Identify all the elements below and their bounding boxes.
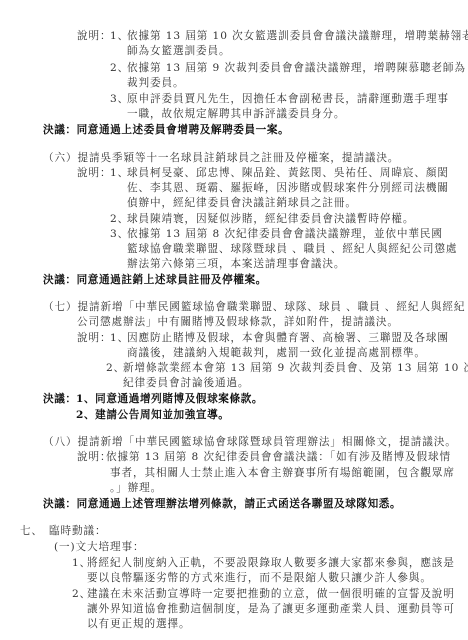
note-line: 球員柯旻豪、邱忠博、陳品銓、黃鉉閔、吳祐任、周暐宸、顏閎 (127, 166, 449, 180)
note-line: 新增條款業經本會第 13 屆第 9 次裁判委員會、及第 13 屆第 10 次 (123, 361, 468, 375)
note-line: 佐、李其恩、斑霸、羅振峰，因涉賭或假球案件分別經司法機關 (127, 181, 449, 195)
heading-num: 七、 (20, 524, 43, 538)
section-6-title: （六）提請吳季穎等十一名球員註銷球員之註冊及停權案，提請議決。 (43, 151, 399, 165)
notes-label: 說明： (77, 331, 111, 345)
note-line: 籃球協會職業聯盟、球隊暨球員 、職員 、經紀人與經紀公司懲處 (127, 242, 457, 256)
resolution: 1、同意通過增列賭博及假球案條款。 (76, 392, 263, 406)
note-line: 裁判委員。 (127, 76, 184, 90)
notes-label: 說明： (77, 166, 111, 180)
note-line: 要以良幣驅逐劣幣的方式來進行，而不是限縮人數只讓少許人參與。 (87, 571, 432, 585)
heading: 臨時動議： (49, 524, 106, 538)
note-line: 一職，故依規定解聘其申訴評議委員身分。 (127, 107, 345, 121)
note-line: 依據第 13 屆第 9 次裁判委員會會議決議辦理，增聘陳慕聰老師為 (127, 61, 466, 75)
note-line: 以有更正規的選擇。 (87, 617, 190, 631)
resolution: 決議：同意通過上述委員會增聘及解聘委員一案。 (43, 123, 289, 137)
note-line: 商議後，建議納入規範裁判，處罰一致化並提高處罰標準。 (127, 346, 426, 360)
note-line: 因應防止賭博及假球，本會與體育署、高檢署、三聯盟及各球團 (127, 331, 449, 345)
sub-heading: (一)文大培理事： (54, 540, 145, 554)
document-page: 說明： 1、 依據第 13 屆第 10 次女籃選訓委員會會議決議辦理，增聘葉赫翎… (0, 0, 468, 640)
resolution: 2、建請公告周知並加強宣導。 (76, 408, 230, 422)
note-line: 讓外界知道協會推動這個制度，是為了讓更多運動產業人員、運動員等可 (87, 602, 455, 616)
notes-label: 說明： (77, 29, 111, 43)
resolution: 決議：同意通過上述管理辦法增列條款，請正式函送各聯盟及球隊知悉。 (43, 497, 401, 511)
note-line: 辦法第六條第三項，本案送請理事會議決。 (127, 257, 345, 271)
note-line: 紀律委員會討論後通過。 (123, 376, 249, 390)
section-7-title: （七）提請新增「中華民國籃球協會職業聯盟、球隊、球員 、職員 、經紀人與經紀 (43, 300, 465, 314)
note-line: 師為女籃選訓委員。 (127, 44, 230, 58)
note-line: 偵辦中，經紀律委員會決議註銷球員之註冊。 (127, 196, 357, 210)
note-line: 依據第 13 屆第 10 次女籃選訓委員會會議決議辦理，增聘葉赫翎老 (127, 29, 468, 43)
note-line: 球員陳靖寰，因疑似涉賭，經紀律委員會決議暫時停權。 (127, 212, 414, 226)
note-line: 原申評委員賈凡先生，因擔任本會副秘書長，請辭運動選手理事 (127, 92, 449, 106)
note-line: 事者，其相關人士禁止進入本會主辦賽事所有場館範圍，包含觀眾席 (110, 466, 455, 480)
section-7-title: 公司懲處辦法」中有關賭博及假球條款，詳如附件，提請議決。 (77, 315, 399, 329)
section-8-title: （八）提請新增「中華民國籃球協會球隊暨球員管理辦法」相關條文，提請議決。 (43, 435, 457, 449)
note-line: 依據第 13 屆第 8 次紀律委員會會議決議：「如有涉及賭博及假球情 (106, 450, 451, 464)
note-line: 。」辦理。 (110, 481, 162, 495)
resolution: 決議：同意通過註銷上述球員註冊及停權案。 (43, 273, 267, 287)
note-line: 建議在未來活動宣導時一定要把推動的立意，做一個很明確的宣誓及說明 (87, 587, 455, 601)
resolution-label: 決議： (43, 392, 77, 406)
note-line: 將經紀人制度納入正軌，不要設限錄取人數要多讓大家都來參與，應該是 (87, 556, 455, 570)
note-line: 依據第 13 屆第 8 次紀律委員會會議決議辦理，並依中華民國 (127, 227, 443, 241)
